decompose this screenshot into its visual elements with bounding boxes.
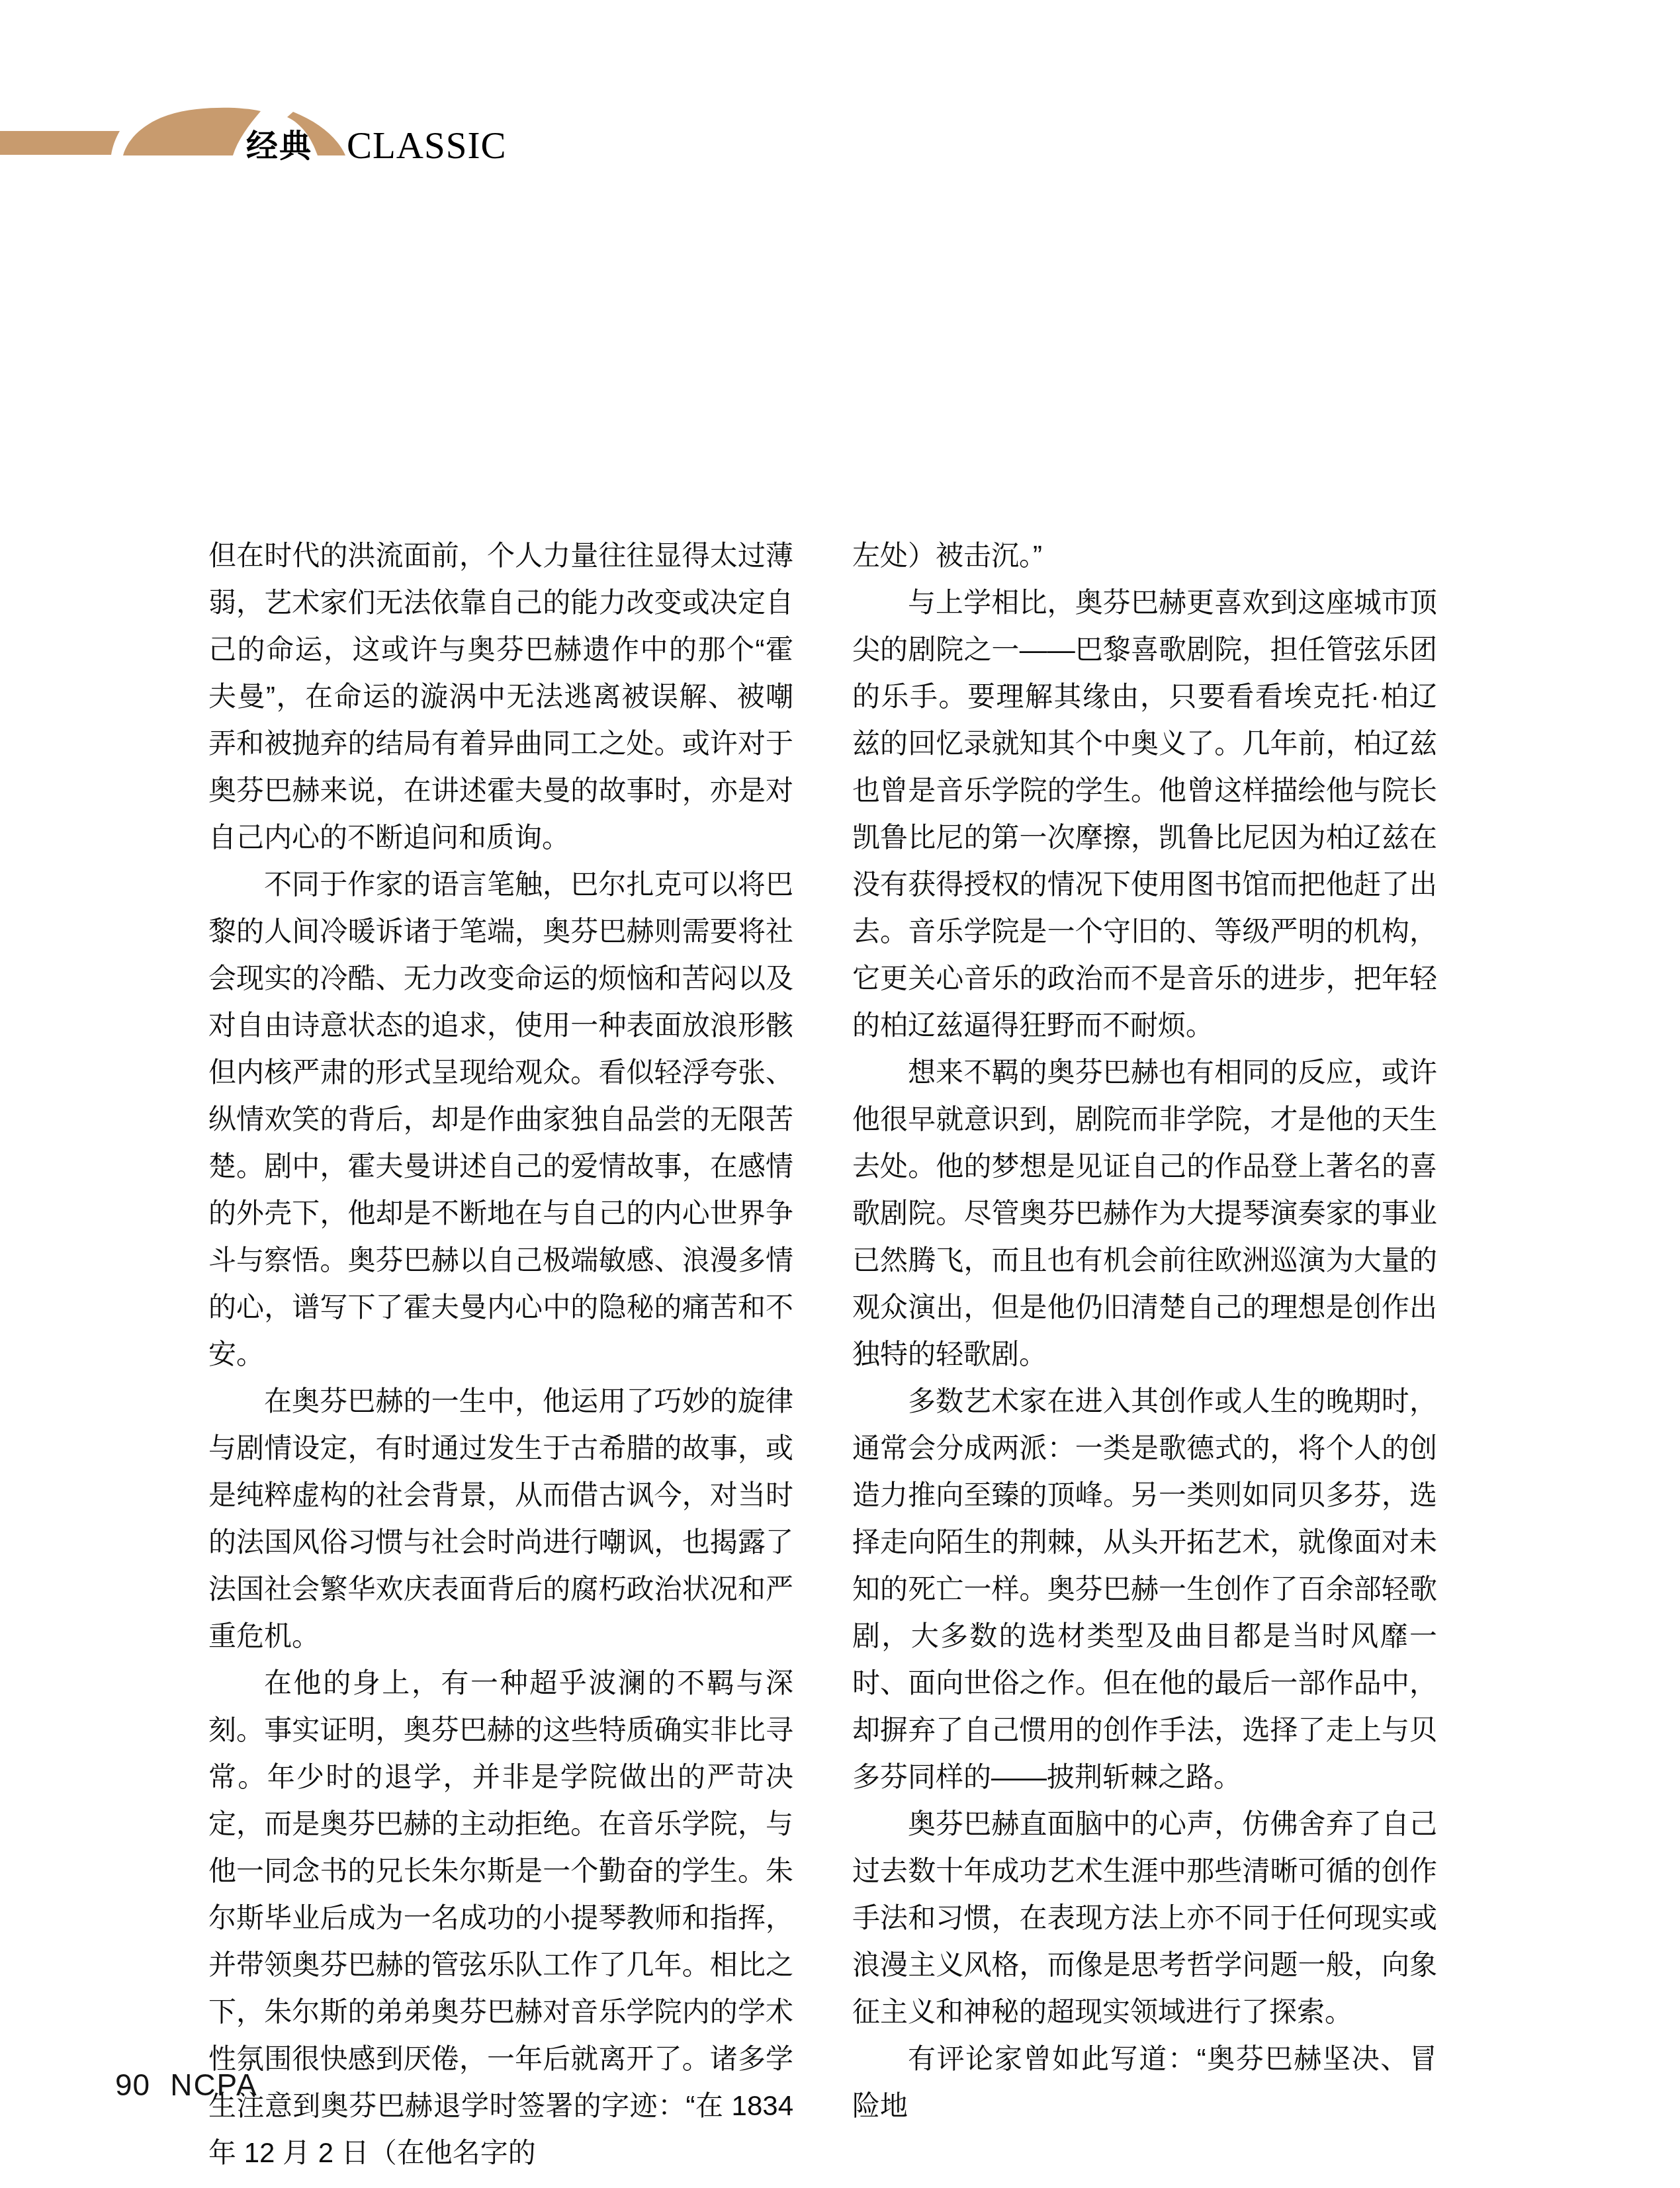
brand-name: NCPA (170, 2068, 257, 2102)
header-bar-shape (0, 131, 120, 155)
paragraph: 不同于作家的语言笔触，巴尔扎克可以将巴黎的人间冷暖诉诸于笔端，奥芬巴赫则需要将社… (208, 861, 793, 1378)
magazine-page: 经典 CLASSIC 但在时代的洪流面前，个人力量往往显得太过薄弱，艺术家们无法… (0, 0, 1680, 2188)
paragraph: 有评论家曾如此写道：“奥芬巴赫坚决、冒险地 (852, 2035, 1437, 2129)
section-title-en: CLASSIC (347, 124, 506, 167)
dome-left-shape (123, 108, 261, 155)
left-text-column: 但在时代的洪流面前，个人力量往往显得太过薄弱，艺术家们无法依靠自己的能力改变或决… (208, 532, 793, 2176)
right-text-column: 左处）被击沉。” 与上学相比，奥芬巴赫更喜欢到这座城市顶尖的剧院之一——巴黎喜歌… (852, 532, 1437, 2129)
paragraph: 在奥芬巴赫的一生中，他运用了巧妙的旋律与剧情设定，有时通过发生于古希腊的故事，或… (208, 1378, 793, 1659)
page-number: 90 (115, 2068, 150, 2102)
paragraph: 想来不羁的奥芬巴赫也有相同的反应，或许他很早就意识到，剧院而非学院，才是他的天生… (852, 1049, 1437, 1378)
page-footer: 90NCPA (115, 2067, 258, 2103)
section-title-zh: 经典 (246, 120, 312, 166)
paragraph: 与上学相比，奥芬巴赫更喜欢到这座城市顶尖的剧院之一——巴黎喜歌剧院，担任管弦乐团… (852, 579, 1437, 1049)
paragraph: 在他的身上，有一种超乎波澜的不羁与深刻。事实证明，奥芬巴赫的这些特质确实非比寻常… (208, 1659, 793, 2176)
paragraph: 奥芬巴赫直面脑中的心声，仿佛舍弃了自己过去数十年成功艺术生涯中那些清晰可循的创作… (852, 1800, 1437, 2035)
paragraph: 但在时代的洪流面前，个人力量往往显得太过薄弱，艺术家们无法依靠自己的能力改变或决… (208, 532, 793, 861)
paragraph: 多数艺术家在进入其创作或人生的晚期时，通常会分成两派：一类是歌德式的，将个人的创… (852, 1378, 1437, 1800)
paragraph: 左处）被击沉。” (852, 532, 1437, 579)
